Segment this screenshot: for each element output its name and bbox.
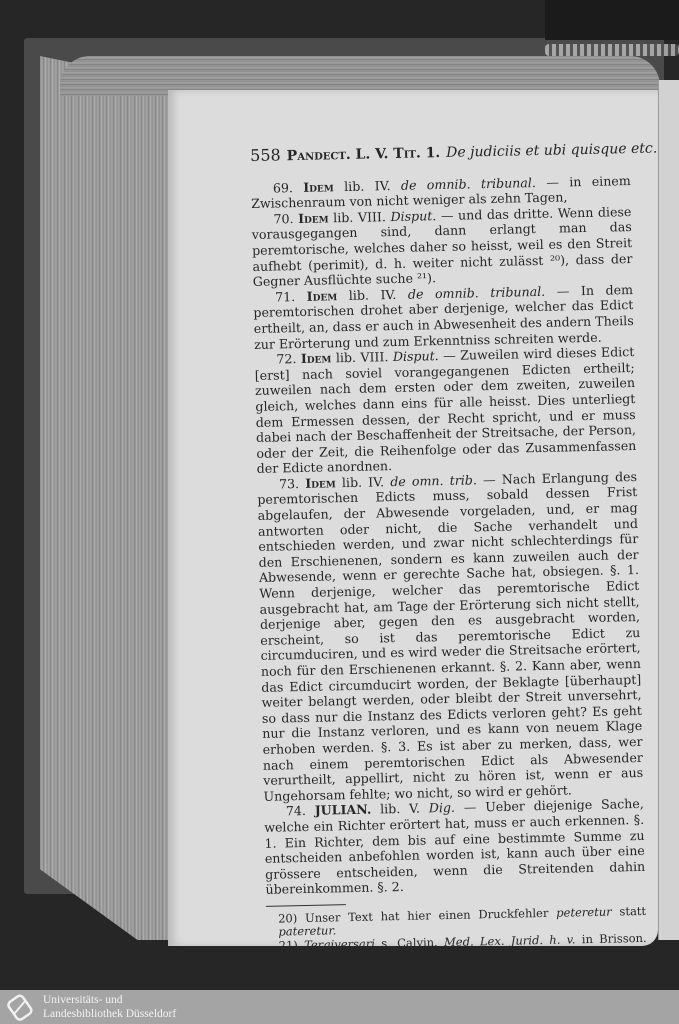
page-number: 558 <box>250 147 281 163</box>
paragraph-74: 74. JULIAN. lib. V. Dig. — Ueber diejeni… <box>264 796 646 898</box>
library-name-line2: Landesbibliothek Düsseldorf <box>43 1007 176 1021</box>
paragraph-72: 72. Idem lib. VIII. Disput. — Zuweilen w… <box>254 344 637 477</box>
paragraph-70: 70. Idem lib. VIII. Disput. — und das dr… <box>251 204 633 290</box>
facing-page-edge <box>658 80 679 940</box>
library-name: Universitäts- und Landesbibliothek Düsse… <box>43 993 176 1021</box>
paragraph-71: 71. Idem lib. IV. de omnib. tribunal. — … <box>253 282 634 352</box>
headband <box>545 44 679 56</box>
scanned-book-photo: 558 Pandect. L. V. Tit. 1. De judiciis e… <box>0 0 679 990</box>
paragraph-73: 73. Idem lib. IV. de omn. trib. — Nach E… <box>257 469 644 804</box>
library-branding-bar: Universitäts- und Landesbibliothek Düsse… <box>0 990 679 1024</box>
page-text: 558 Pandect. L. V. Tit. 1. De judiciis e… <box>250 140 647 967</box>
running-title: Pandect. L. V. Tit. 1. <box>287 146 441 165</box>
footnote-21: 21) Tergiversari s. Calvin. Med. Lex. Ju… <box>267 932 647 967</box>
background-right <box>545 0 679 40</box>
page-edges-left <box>40 56 170 940</box>
header-title: De judiciis et ubi quisque etc. <box>446 141 657 161</box>
footnote-divider <box>266 904 346 907</box>
library-logo-icon <box>5 992 35 1022</box>
library-name-line1: Universitäts- und <box>43 993 176 1007</box>
